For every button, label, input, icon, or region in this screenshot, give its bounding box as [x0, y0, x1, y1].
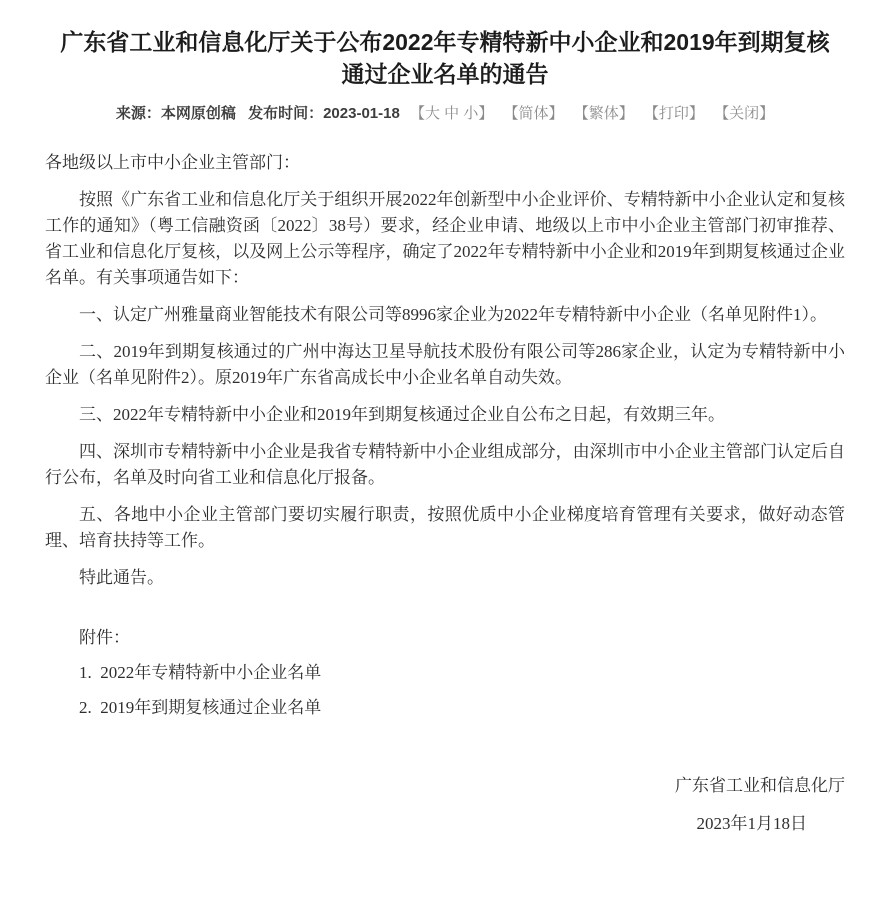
font-size-switch-link[interactable]: 【大 中 小】	[410, 105, 493, 122]
print-link[interactable]: 【打印】	[644, 105, 704, 122]
paragraph-intro: 按照《广东省工业和信息化厅关于组织开展2022年创新型中小企业评价、专精特新中小…	[45, 187, 845, 291]
closing-statement: 特此通告。	[45, 565, 845, 591]
paragraph-item-5: 五、各地中小企业主管部门要切实履行职责，按照优质中小企业梯度培育管理有关要求，做…	[45, 502, 845, 554]
paragraph-item-2: 二、2019年到期复核通过的广州中海达卫星导航技术股份有限公司等286家企业，认…	[45, 339, 845, 391]
signature-department: 广东省工业和信息化厅	[45, 773, 845, 799]
source-label: 来源：本网原创稿	[116, 105, 236, 122]
publish-date-label: 发布时间：2023-01-18	[248, 105, 400, 122]
simplified-switch-link[interactable]: 【简体】	[504, 105, 564, 122]
notice-body: 各地级以上市中小企业主管部门： 按照《广东省工业和信息化厅关于组织开展2022年…	[45, 150, 845, 837]
traditional-switch-link[interactable]: 【繁体】	[574, 105, 634, 122]
signature-date: 2023年1月18日	[45, 811, 845, 837]
attachments-section: 附件： 1. 2022年专精特新中小企业名单 2. 2019年到期复核通过企业名…	[45, 625, 845, 721]
meta-bar: 来源：本网原创稿 发布时间：2023-01-18 【大 中 小】 【简体】 【繁…	[45, 104, 845, 124]
page-title: 广东省工业和信息化厅关于公布2022年专精特新中小企业和2019年到期复核通过企…	[53, 26, 837, 90]
paragraph-item-1: 一、认定广州雅量商业智能技术有限公司等8996家企业为2022年专精特新中小企业…	[45, 302, 845, 328]
attachment-item-2: 2. 2019年到期复核通过企业名单	[79, 695, 845, 721]
close-link[interactable]: 【关闭】	[714, 105, 774, 122]
meta-actions: 【大 中 小】 【简体】 【繁体】 【打印】 【关闭】	[404, 105, 774, 122]
attachments-label: 附件：	[79, 625, 845, 651]
paragraph-item-3: 三、2022年专精特新中小企业和2019年到期复核通过企业自公布之日起，有效期三…	[45, 402, 845, 428]
signature-block: 广东省工业和信息化厅 2023年1月18日	[45, 773, 845, 837]
attachment-item-1: 1. 2022年专精特新中小企业名单	[79, 660, 845, 686]
notice-page: 广东省工业和信息化厅关于公布2022年专精特新中小企业和2019年到期复核通过企…	[0, 0, 885, 902]
paragraph-item-4: 四、深圳市专精特新中小企业是我省专精特新中小企业组成部分，由深圳市中小企业主管部…	[45, 439, 845, 491]
salutation: 各地级以上市中小企业主管部门：	[45, 150, 845, 176]
